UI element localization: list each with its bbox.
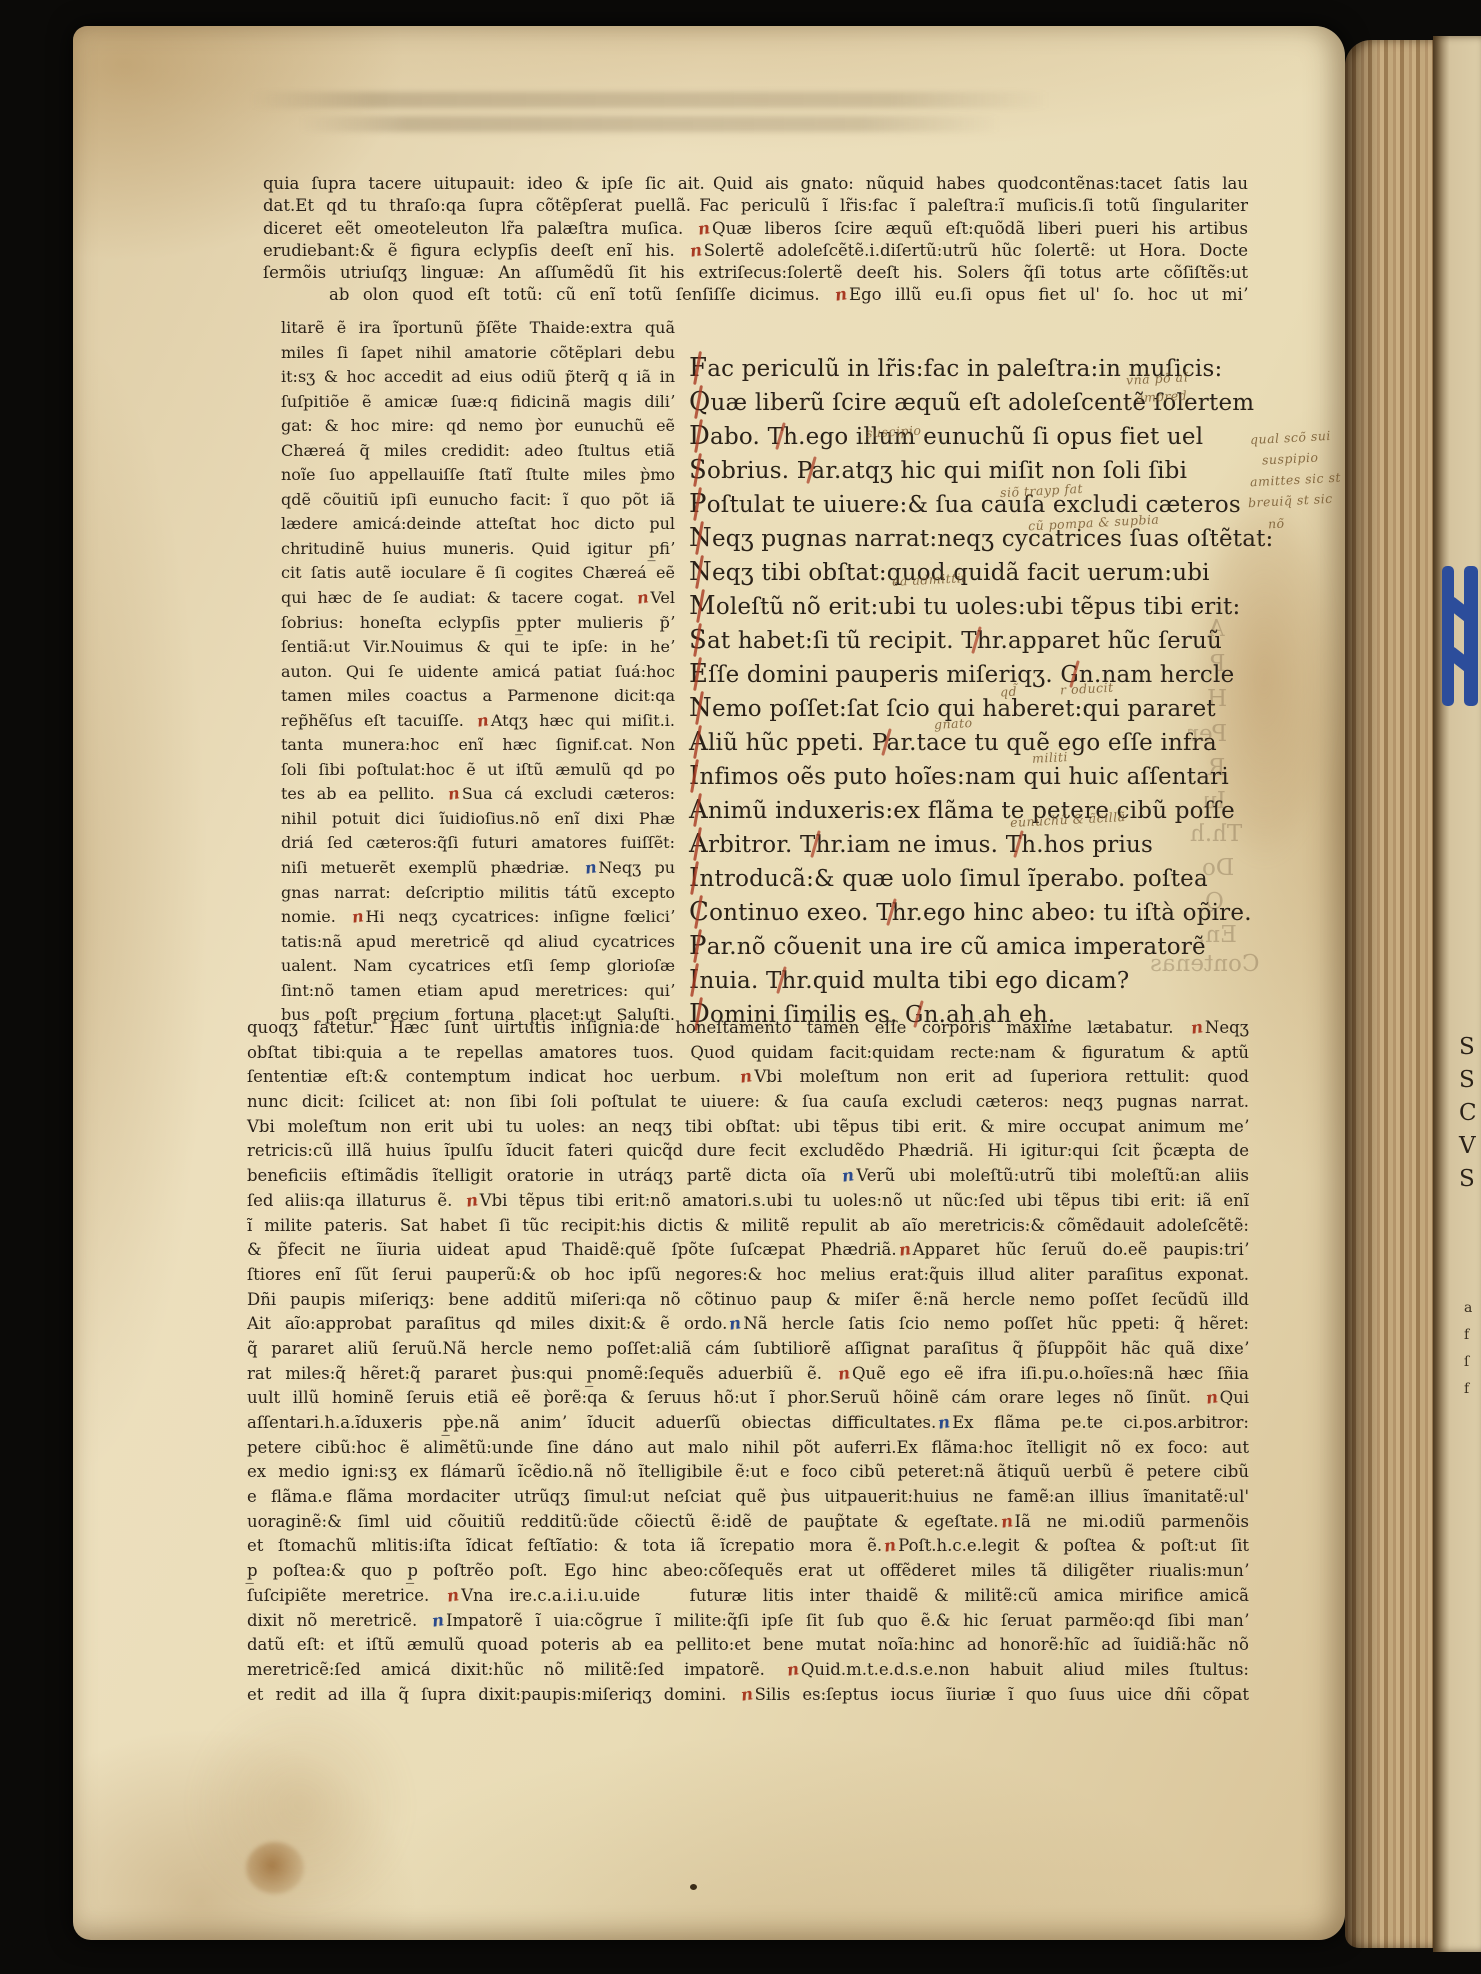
text-line: q̃ pararet aliũ ſeruũ.Nã hercle nemo poſ… (247, 1337, 1249, 1362)
text-line: & p̃fecit ne ĩiuria uideat apud Thaidẽ:q… (247, 1238, 1249, 1263)
red-pilcrow: n (739, 1065, 754, 1091)
stacked-leaf-edges (1345, 40, 1433, 1948)
text-line: obſtat tibi:quia a te repellas amatores … (247, 1041, 1249, 1066)
text-line: Infimos oẽs puto hoĩes:nam qui huic aſſe… (689, 760, 1251, 794)
text-line: et ſtomachũ mlitis:iſta ĩdicat feſtĩatio… (247, 1534, 1249, 1559)
text-line: chritudinẽ huius muneris. Quid igitur p̲… (281, 537, 675, 562)
text-line: lædere amicá:deinde atteſtat hoc dicto p… (281, 512, 675, 537)
text-line: quoqʒ fatetur. Hæc ſunt uirtutis inſigni… (247, 1016, 1249, 1041)
red-pilcrow: n (897, 1237, 912, 1263)
edge-letter: S (1459, 1034, 1475, 1060)
text-line: nihil potuit dici ĩuidioſius.nõ enĩ dixi… (281, 807, 675, 832)
edge-letter-small: a (1464, 1300, 1472, 1316)
handwritten-note: gnato (934, 715, 973, 732)
edge-letter: S (1459, 1166, 1475, 1192)
text-line: gat: & hoc mire: qd nemo p̀or eunuchũ eẽ (281, 414, 675, 439)
text-line: ĩ milite pateris. Sat habet ſi tũc recip… (247, 1214, 1249, 1239)
text-line: ex medio igni:sʒ ex flámarũ ĩcẽdio.nã nõ… (247, 1460, 1249, 1485)
text-line: meretricẽ:ſed amicá dixit:hũc nõ militẽ:… (247, 1658, 1249, 1683)
text-line: qdẽ cõuitiũ ipſi eunucho facit: ĩ quo põ… (281, 488, 675, 513)
blue-illuminated-initial (1440, 566, 1481, 708)
rubricated-initial: S (689, 454, 707, 487)
speaker-abbreviation: Par. (872, 730, 917, 756)
left-commentary-column: litarẽ ẽ ira ĩportunũ p̃ſẽte Thaide:extr… (281, 316, 675, 1028)
text-line: ſed aliis:qa illaturus ẽ. nVbi tẽpus tib… (247, 1189, 1249, 1214)
text-line: p̲ poſtea:& quo p̲ poſtrẽo poſt. Ego hin… (247, 1559, 1249, 1584)
show-through-smudge (300, 116, 1000, 132)
text-line: rep̃hẽſus eſt tacuiſſe. nAtqʒ hæc qui mi… (281, 709, 675, 734)
text-line: datũ eſt: et iſtũ æmulũ quoad poteris ab… (247, 1633, 1249, 1658)
text-line: beneficiis eſtimãdis ĩtelligit oratorie … (247, 1164, 1249, 1189)
show-through-letter: P (1210, 651, 1225, 677)
handwritten-note: suspipio (1262, 450, 1319, 468)
rubricated-initial: N (689, 556, 712, 589)
text-line: uoraginẽ:& ſiml uid cõuitiũ redditũ:ũde … (247, 1510, 1249, 1535)
rubricated-initial: D (689, 420, 710, 453)
faint-stain (180, 1700, 420, 1910)
text-line: ſermõis utriuſqʒ linguæ: An aſſumẽdũ ſit… (263, 262, 1248, 284)
edge-letter-small: f (1464, 1327, 1469, 1343)
edge-letter: C (1459, 1100, 1477, 1126)
show-through-letter: Do (1202, 855, 1234, 881)
text-line: petere cibũ:hoc ẽ alimẽtũ:unde ſine dáno… (247, 1436, 1249, 1461)
book-photograph: quia ſupra tacere uitupauit: ideo & ipſe… (0, 0, 1481, 1974)
text-line: Introducã:& quæ uolo ſimul ĩperabo. poſt… (689, 862, 1251, 896)
speaker-abbreviation: Thr. (800, 832, 847, 858)
handwritten-note: qd̃ (1000, 684, 1018, 700)
text-line: Continuo exeo. Thr.ego hinc abeo: tu iſt… (689, 896, 1251, 930)
show-through-letter: Iu (1202, 788, 1226, 814)
blue-pilcrow: n (430, 1608, 445, 1634)
red-pilcrow: n (445, 1583, 460, 1609)
text-line: aſſentari.h.a.ĩduxeris p̲p̀e.nã animʼ ĩd… (247, 1411, 1249, 1436)
text-line: diceret eẽt omeoteleuton lr̃a palæſtra m… (263, 218, 1248, 240)
edge-letter-small: ſ (1464, 1354, 1469, 1370)
text-line: Neqʒ pugnas narrat:neqʒ cycatrices ſuas … (689, 522, 1251, 556)
main-text-column: Fac periculũ in lr̃is:fac in paleſtra:in… (689, 352, 1251, 1032)
red-pilcrow: n (883, 1534, 898, 1560)
text-line: it:sʒ & hoc accedit ad eius odiũ p̃terq̃… (281, 365, 675, 390)
text-line: quia ſupra tacere uitupauit: ideo & ipſe… (263, 173, 1248, 195)
speaker-abbreviation: Th. (768, 424, 806, 450)
text-line: miles ſi ſapet nihil amatorie cõtẽplari … (281, 341, 675, 366)
text-line: ſentiã:ut Vir.Nouimus & qui te ipſe: in … (281, 635, 675, 660)
red-pilcrow: n (834, 284, 849, 308)
text-line: ſoli ſibi poſtulat:hoc ẽ ut iſtũ æmulũ q… (281, 758, 675, 783)
text-line: tatis:nã apud meretricẽ qd aliud cycatri… (281, 930, 675, 955)
red-pilcrow: n (1204, 1386, 1219, 1412)
text-line: ſtiores enĩ ſũt ſerui pauperũ:& ob hoc i… (247, 1263, 1249, 1288)
show-through-letter: R (1208, 755, 1225, 781)
text-line: Vbi moleſtum non erit ubi tu uoles: an n… (247, 1115, 1249, 1140)
red-pilcrow: n (635, 585, 650, 611)
text-line: tanta munera:hoc enĩ hæc ſignif.cat. Non (281, 733, 675, 758)
show-through-letter: A (1208, 616, 1225, 642)
text-line: ſententiæ eſt:& contemptum indicat hoc u… (247, 1065, 1249, 1090)
text-line: Eſſe domini pauperis miſeriqʒ. Gn.nam he… (689, 658, 1251, 692)
text-line: driá ſed cæteros:q̃ſi futuri amatores fu… (281, 831, 675, 856)
text-line: qui hæc de ſe audiat: & tacere cogat. nV… (281, 586, 675, 611)
rubricated-initial: A (689, 726, 708, 759)
text-line: nomie. nHi neqʒ cycatrices: inſigne fœli… (281, 905, 675, 930)
rubricated-initial: N (689, 692, 712, 725)
show-through-letter: En. (1198, 922, 1237, 948)
handwritten-note: nõ (1268, 516, 1285, 532)
show-through-smudge (250, 92, 1050, 108)
blue-pilcrow: n (937, 1410, 952, 1436)
rubricated-initial: E (689, 658, 708, 691)
rubricated-initial: Q (689, 386, 711, 419)
handwritten-note: amored (1136, 388, 1188, 406)
rubricated-initial: A (689, 794, 708, 827)
text-line: Arbitror. Thr.iam ne imus. Th.hos prius (689, 828, 1251, 862)
text-line: gnas narrat: deſcriptio militis tátũ exc… (281, 881, 675, 906)
text-line: Dñi paupis miſeriqʒ: bene additũ miſeri:… (247, 1288, 1249, 1313)
speaker-abbreviation: Par. (797, 458, 842, 484)
text-line: Moleſtũ nõ erit:ubi tu uoles:ubi tẽpus t… (689, 590, 1251, 624)
show-through-letter: Contenas (1150, 951, 1259, 977)
edge-letter-small: f (1464, 1381, 1469, 1397)
rubricated-initial: P (689, 488, 707, 521)
red-pilcrow: n (999, 1509, 1014, 1535)
text-line: retricis:cũ illã huius ĩpulſu ĩducit fat… (247, 1139, 1249, 1164)
text-line: Aliũ hũc ppeti. Par.tace tu quẽ ego eſſe… (689, 726, 1251, 760)
text-line: nunc dicit: ſcilicet at: non ſibi ſoli p… (247, 1090, 1249, 1115)
red-pilcrow: n (697, 217, 712, 241)
rubricated-initial: I (689, 760, 699, 793)
red-pilcrow: n (785, 1657, 800, 1683)
speck (690, 1884, 697, 1890)
text-line: Ait aĩo:approbat paraſitus qd miles dixi… (247, 1312, 1249, 1337)
rubricated-initial: N (689, 522, 712, 555)
handwritten-note: r oducit (1060, 680, 1114, 698)
rubricated-initial: P (689, 930, 707, 963)
speaker-abbreviation: Thr. (876, 900, 923, 926)
show-through-letter: Per (1188, 721, 1227, 747)
text-line: tamen miles coactus a Parmenone dicit:qa (281, 684, 675, 709)
text-line: Chæreá q̃ miles credidit: adeo ſtultus e… (281, 439, 675, 464)
speaker-abbreviation: Thr. (961, 628, 1008, 654)
text-line: Neqʒ tibi obſtat:quod quidã facit uerum:… (689, 556, 1251, 590)
text-line: ſuſpitiõe ẽ amicæ ſuæ:q fidicinã magis d… (281, 390, 675, 415)
text-line: ſobrius: honeſta eclypſis p̲pter mulieri… (281, 611, 675, 636)
red-pilcrow: n (1189, 1015, 1204, 1041)
text-line: ualent. Nam cycatrices etſi ſemp glorioſ… (281, 954, 675, 979)
rubricated-initial: F (689, 352, 707, 385)
red-pilcrow: n (464, 1188, 479, 1214)
blue-pilcrow: n (841, 1163, 856, 1189)
text-line: Animũ induxeris:ex flãma te petere cibũ … (689, 794, 1251, 828)
show-through-letter: Q (1205, 889, 1224, 915)
rubricated-initial: I (689, 862, 699, 895)
edge-letter: S (1459, 1067, 1475, 1093)
text-line: e flãma.e flãma mordaciter utrũqʒ ſimul:… (247, 1485, 1249, 1510)
text-line: ſuſcipiẽte meretrice. nVna ire.c.a.i.i.u… (247, 1584, 1249, 1609)
show-through-letter: Th.h (1190, 821, 1242, 847)
next-page-edge (1433, 36, 1481, 1952)
text-line: litarẽ ẽ ira ĩportunũ p̃ſẽte Thaide:extr… (281, 316, 675, 341)
text-line: niſi metuerẽt exemplũ phædriæ. nNeqʒ pu (281, 856, 675, 881)
text-line: tes ab ea pellito. nSua cá excludi cæter… (281, 782, 675, 807)
rubricated-initial: M (689, 590, 716, 623)
text-line: ſint:nõ tamen etiam apud meretrices: qui… (281, 979, 675, 1004)
blue-pilcrow: n (728, 1312, 743, 1338)
text-line: rat miles:q̃ hẽret:q̃ pararet p̀us:qui p… (247, 1362, 1249, 1387)
text-line: cit ſatis autẽ ioculare ẽ ſi cogites Chæ… (281, 561, 675, 586)
red-pilcrow: n (447, 782, 462, 808)
text-line: dat.Et qd tu thraſo:qa ſupra cõtẽpſerat … (263, 195, 1248, 217)
rubricated-initial: C (689, 896, 709, 929)
bottom-commentary-block: quoqʒ fatetur. Hæc ſunt uirtutis inſigni… (247, 1016, 1249, 1707)
text-line: Sobrius. Par.atqʒ hic qui miſit non ſoli… (689, 454, 1251, 488)
handwritten-note: militi (1032, 749, 1069, 766)
show-through-letter: H (1207, 686, 1227, 712)
top-commentary-block: quia ſupra tacere uitupauit: ideo & ipſe… (263, 173, 1248, 307)
text-line: dixit nõ meretricẽ. nImpatorẽ ĩ uia:cõgr… (247, 1609, 1249, 1634)
red-pilcrow: n (476, 708, 491, 734)
text-line: auton. Qui ſe uidente amicá patiat ſuá:h… (281, 660, 675, 685)
speaker-abbreviation: Th. (1006, 832, 1044, 858)
edge-letter: V (1459, 1133, 1476, 1159)
text-line: et redit ad illa q̃ ſupra dixit:paupis:m… (247, 1683, 1249, 1708)
text-line: Dabo. Th.ego illum eunuchũ ſi opus fiet … (689, 420, 1251, 454)
text-line: noĩe ſuo appellauiſſe ſtatĩ ſtulte miles… (281, 463, 675, 488)
text-line: uult illũ hominẽ ſeruis etiã eẽ p̀orẽ:qa… (247, 1386, 1249, 1411)
text-line: Sat habet:ſi tũ recipit. Thr.apparet hũc… (689, 624, 1251, 658)
red-pilcrow: n (739, 1682, 754, 1708)
handwritten-note: suscipio (866, 423, 922, 441)
rubricated-initial: S (689, 624, 707, 657)
text-line: Poſtulat te uiuere:& ſua cauſa excludi c… (689, 488, 1251, 522)
red-pilcrow: n (350, 904, 365, 930)
rubricated-initial: A (689, 828, 708, 861)
text-line: ab olon quod eſt totũ: cũ enĩ totũ ſenſi… (263, 284, 1248, 306)
red-pilcrow: n (688, 239, 703, 263)
text-line: erudiebant:& ẽ figura eclypſis deeſt enĩ… (263, 240, 1248, 262)
speaker-abbreviation: Thr. (766, 968, 813, 994)
red-pilcrow: n (836, 1361, 851, 1387)
blue-pilcrow: n (583, 855, 598, 881)
rubricated-initial: I (689, 964, 699, 997)
